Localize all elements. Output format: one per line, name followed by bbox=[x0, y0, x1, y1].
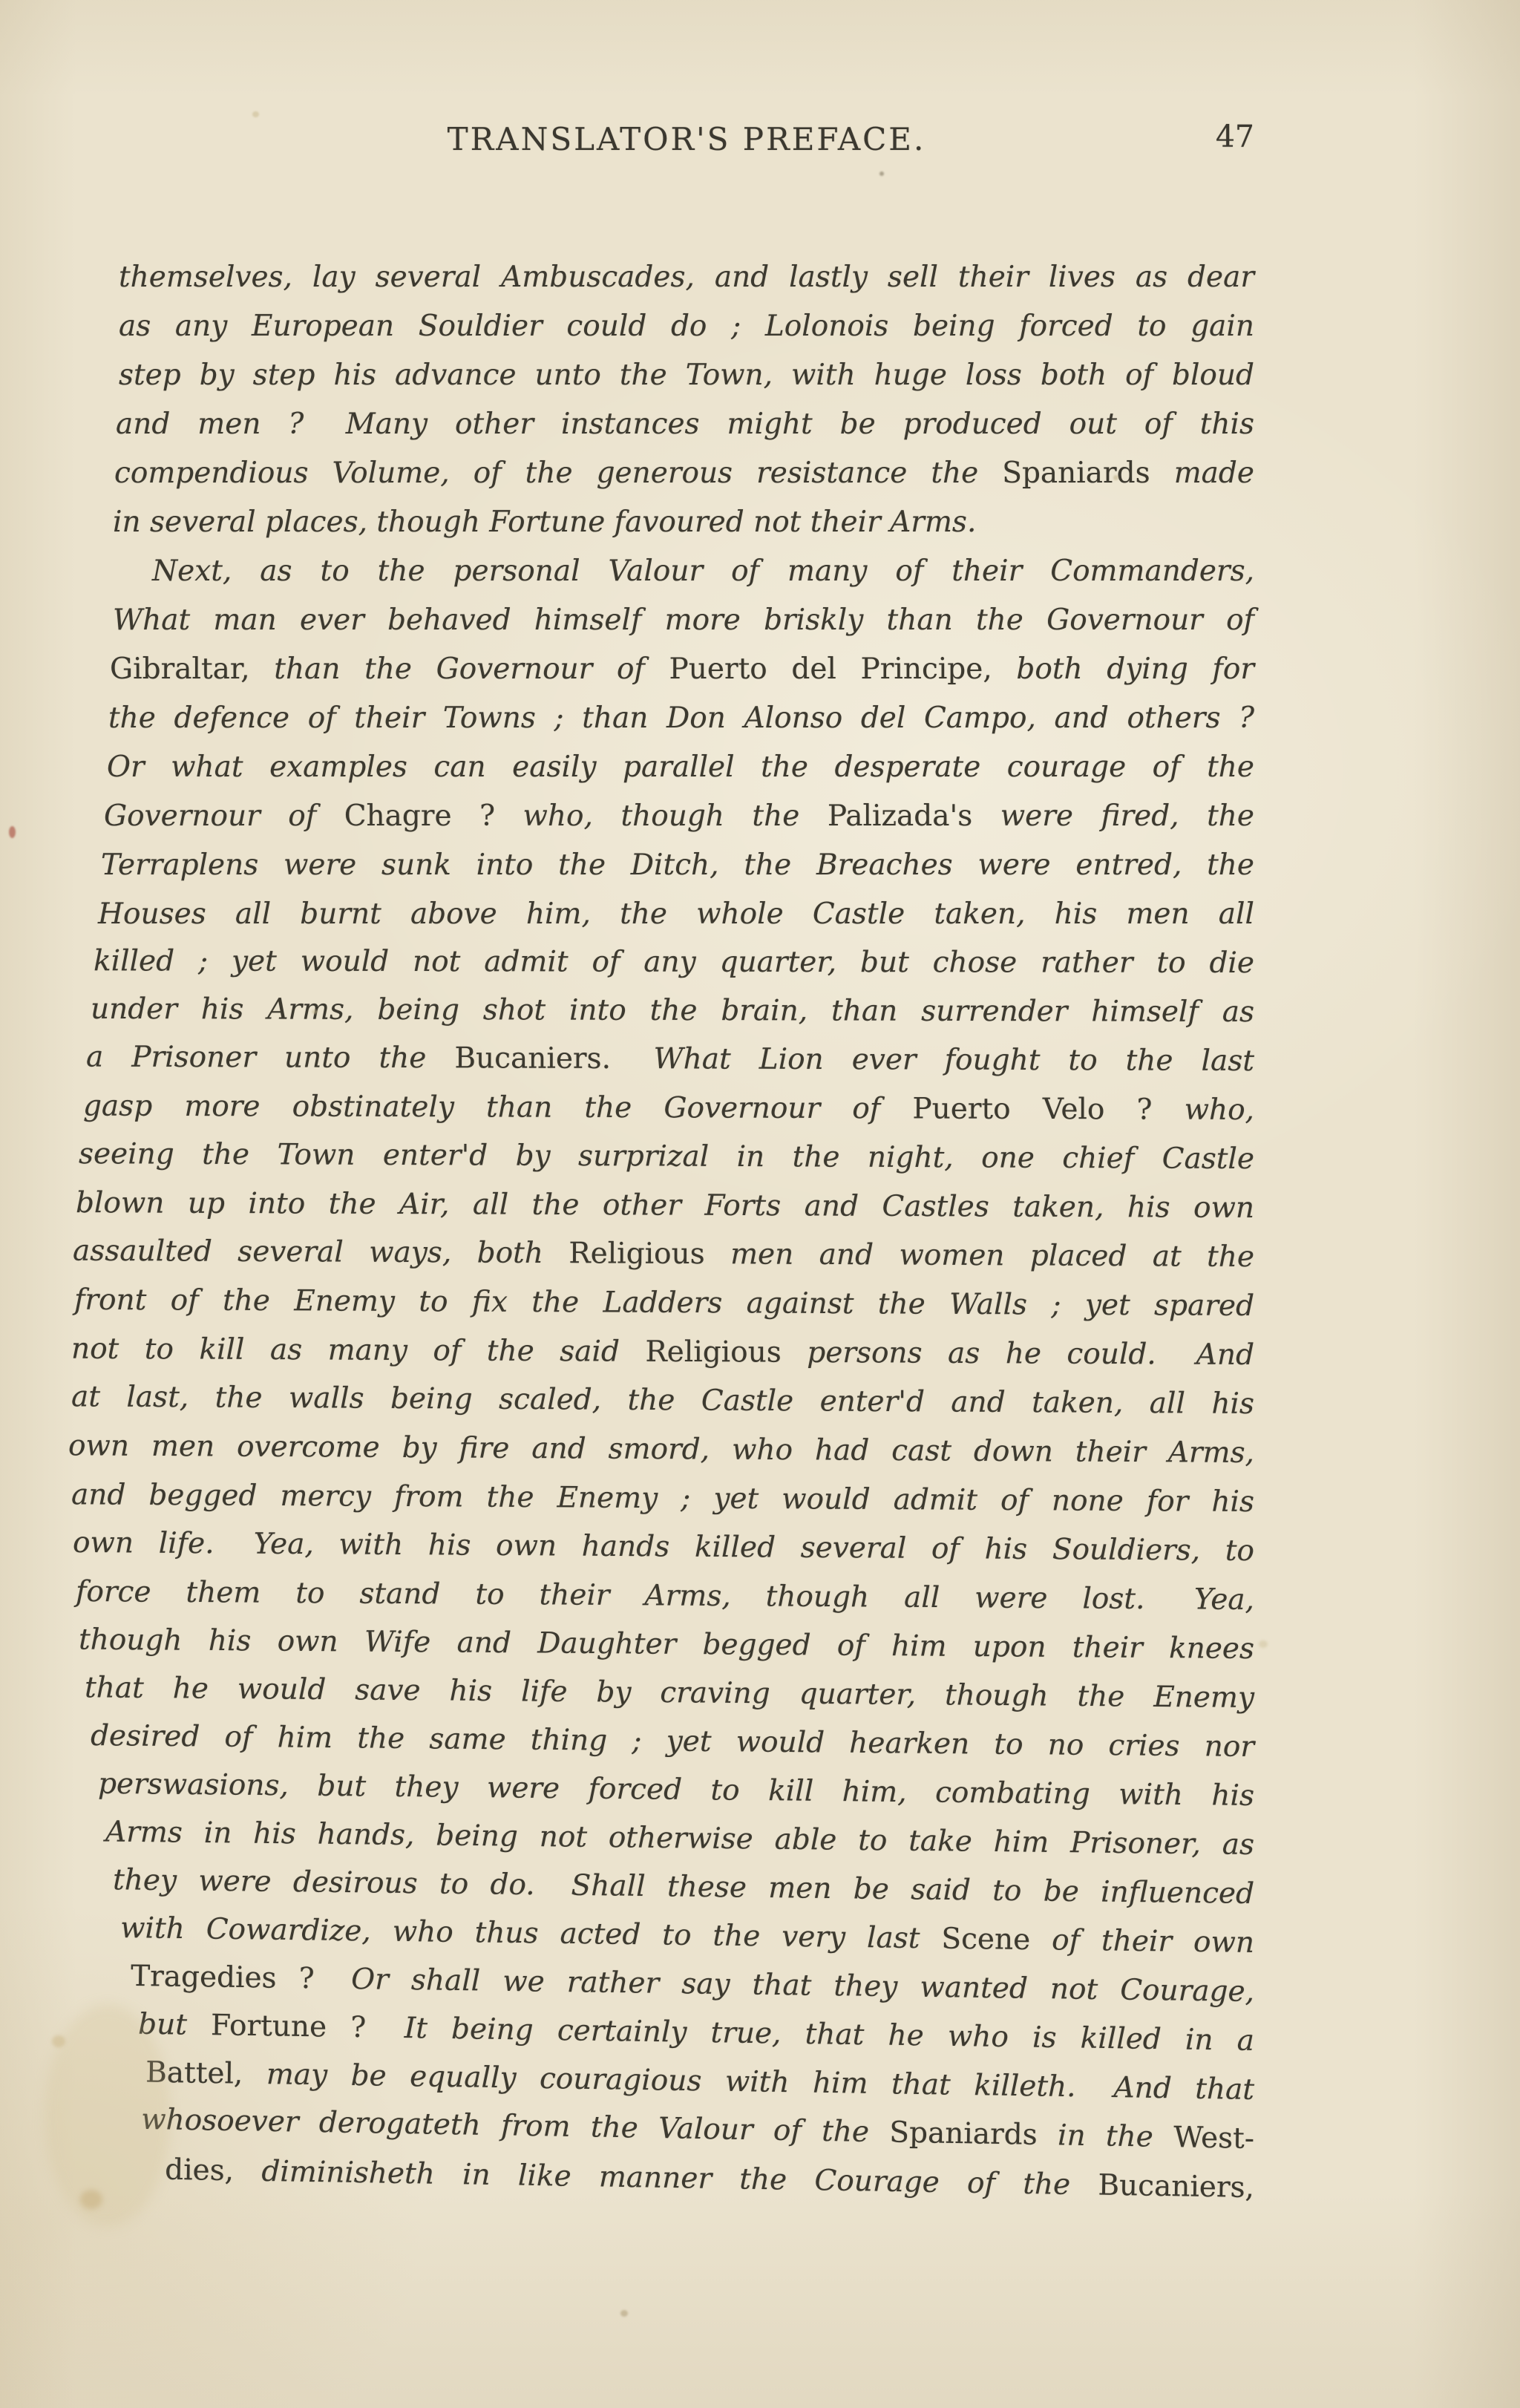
paper-stain bbox=[9, 826, 16, 838]
paper-stain bbox=[879, 171, 884, 176]
text-line-4: and men ? Many other instances might be … bbox=[116, 400, 1254, 449]
italic-text-segment: whosoever derogateth from the Valour of … bbox=[141, 2103, 890, 2150]
paper-stain bbox=[80, 2190, 102, 2209]
text-line-12: Governour of Chagre ? who, though the Pa… bbox=[104, 792, 1254, 841]
text-line-20: blown up into the Air, all the other For… bbox=[76, 1179, 1254, 1233]
roman-text-segment: Religious bbox=[645, 1335, 782, 1370]
text-line-10: the defence of their Towns ; than Don Al… bbox=[108, 694, 1254, 743]
text-line-6: in several places, though Fortune favour… bbox=[113, 498, 1254, 547]
roman-text-segment: Tragedies ? bbox=[131, 1960, 315, 1995]
italic-text-segment: persons as he could. And bbox=[782, 1336, 1254, 1372]
italic-text-segment: though his own Wife and Daughter begged … bbox=[79, 1623, 1254, 1666]
roman-text-segment: Puerto del Principe, bbox=[669, 652, 992, 686]
text-line-7: Next, as to the personal Valour of many … bbox=[152, 547, 1254, 596]
text-line-24: at last, the walls being scaled, the Cas… bbox=[71, 1373, 1254, 1429]
italic-text-segment: with Cowardize, who thus acted to the ve… bbox=[120, 1911, 942, 1955]
roman-text-segment: Spaniards bbox=[1002, 457, 1150, 490]
text-line-23: not to kill as many of the said Religiou… bbox=[71, 1325, 1254, 1380]
text-line-21: assaulted several ways, both Religious m… bbox=[73, 1227, 1254, 1282]
text-line-3: step by step his advance unto the Town, … bbox=[119, 351, 1254, 400]
italic-text-segment: as any European Souldier could do ; Lolo… bbox=[119, 310, 1254, 343]
italic-text-segment: What Lion ever fought to the last bbox=[611, 1042, 1254, 1078]
roman-text-segment: West- bbox=[1173, 2121, 1255, 2156]
italic-text-segment: own life. Yea, with his own hands killed… bbox=[73, 1526, 1254, 1568]
text-line-26: and begged mercy from the Enemy ; yet wo… bbox=[71, 1470, 1254, 1527]
roman-text-segment: Religious bbox=[569, 1237, 705, 1271]
italic-text-segment: made bbox=[1150, 457, 1254, 490]
book-page-scan: TRANSLATOR'S PREFACE. 47 themselves, lay… bbox=[0, 0, 1520, 2408]
italic-text-segment: who, though the bbox=[495, 799, 828, 833]
italic-text-segment: men and women placed at the bbox=[705, 1237, 1254, 1274]
italic-text-segment: step by step his advance unto the Town, … bbox=[119, 359, 1254, 392]
text-line-9: Gibraltar, than the Governour of Puerto … bbox=[110, 645, 1254, 694]
italic-text-segment: Arms in his hands, being not otherwise a… bbox=[105, 1815, 1254, 1862]
italic-text-segment: perswasions, but they were forced to kil… bbox=[98, 1767, 1254, 1813]
roman-text-segment: Scene bbox=[941, 1922, 1030, 1957]
italic-text-segment: Houses all burnt above him, the whole Ca… bbox=[98, 897, 1254, 931]
roman-text-segment: Bucaniers. bbox=[454, 1041, 611, 1076]
italic-text-segment: the defence of their Towns ; than Don Al… bbox=[108, 701, 1254, 735]
text-line-22: front of the Enemy to fix the Ladders ag… bbox=[74, 1276, 1254, 1331]
italic-text-segment: both dying for bbox=[992, 652, 1254, 686]
italic-text-segment: at last, the walls being scaled, the Cas… bbox=[71, 1380, 1254, 1421]
roman-text-segment: Fortune ? bbox=[211, 2009, 367, 2044]
italic-text-segment: compendious Volume, of the generous resi… bbox=[114, 457, 1002, 490]
italic-text-segment: Or shall we rather say that they wanted … bbox=[314, 1962, 1254, 2009]
text-line-1: themselves, lay several Ambuscades, and … bbox=[119, 253, 1254, 302]
text-line-14: Houses all burnt above him, the whole Ca… bbox=[98, 890, 1254, 939]
text-line-18: gasp more obstinately than the Governour… bbox=[83, 1082, 1254, 1135]
italic-text-segment: of their own bbox=[1030, 1923, 1254, 1960]
roman-text-segment: Gibraltar, bbox=[110, 652, 250, 686]
italic-text-segment: Or what examples can easily parallel the… bbox=[107, 750, 1254, 784]
text-line-11: Or what examples can easily parallel the… bbox=[107, 743, 1254, 792]
italic-text-segment: desired of him the same thing ; yet woul… bbox=[91, 1719, 1254, 1764]
italic-text-segment: gasp more obstinately than the Governour… bbox=[83, 1089, 913, 1125]
text-line-27: own life. Yea, with his own hands killed… bbox=[73, 1519, 1254, 1576]
italic-text-segment: killed ; yet would not admit of any quar… bbox=[94, 944, 1254, 980]
italic-text-segment: assaulted several ways, both bbox=[73, 1234, 569, 1270]
page-number: 47 bbox=[1216, 119, 1254, 154]
page-title: TRANSLATOR'S PREFACE. bbox=[119, 121, 1254, 157]
roman-text-segment: dies, bbox=[165, 2153, 235, 2188]
roman-text-segment: Chagre ? bbox=[344, 799, 495, 833]
paper-stain bbox=[620, 2310, 628, 2317]
italic-text-segment: and men ? Many other instances might be … bbox=[116, 408, 1254, 441]
page-text: themselves, lay several Ambuscades, and … bbox=[119, 253, 1254, 2213]
text-line-8: What man ever behaved himself more brisk… bbox=[113, 596, 1254, 645]
text-line-17: a Prisoner unto the Bucaniers. What Lion… bbox=[86, 1033, 1254, 1086]
text-line-2: as any European Souldier could do ; Lolo… bbox=[119, 302, 1254, 351]
italic-text-segment: Terraplens were sunk into the Ditch, the… bbox=[101, 848, 1254, 882]
italic-text-segment: in several places, though Fortune favour… bbox=[113, 506, 976, 539]
roman-text-segment: Spaniards bbox=[889, 2116, 1038, 2151]
paper-stain bbox=[52, 2035, 65, 2047]
italic-text-segment: who, bbox=[1152, 1093, 1254, 1127]
italic-text-segment: but bbox=[138, 2008, 212, 2042]
italic-text-segment: It being certainly true, that he who is … bbox=[366, 2011, 1254, 2058]
roman-text-segment: Puerto Velo ? bbox=[912, 1092, 1152, 1126]
italic-text-segment: themselves, lay several Ambuscades, and … bbox=[119, 261, 1254, 294]
italic-text-segment: What man ever behaved himself more brisk… bbox=[113, 603, 1254, 637]
italic-text-segment: they were desirous to do. Shall these me… bbox=[113, 1863, 1254, 1911]
italic-text-segment: Governour of bbox=[104, 799, 344, 833]
text-line-16: under his Arms, being shot into the brai… bbox=[91, 985, 1254, 1037]
running-header: TRANSLATOR'S PREFACE. 47 bbox=[119, 0, 1254, 166]
italic-text-segment: diminisheth in like manner the Courage o… bbox=[234, 2154, 1098, 2202]
italic-text-segment: force them to stand to their Arms, thoug… bbox=[76, 1575, 1254, 1617]
roman-text-segment: Bucaniers, bbox=[1098, 2169, 1254, 2205]
text-line-15: killed ; yet would not admit of any quar… bbox=[94, 937, 1254, 988]
paper-stain bbox=[1259, 1640, 1268, 1648]
italic-text-segment: blown up into the Air, all the other For… bbox=[76, 1186, 1254, 1225]
italic-text-segment: front of the Enemy to fix the Ladders ag… bbox=[74, 1283, 1254, 1323]
italic-text-segment: seeing the Town enter'd by surprizal in … bbox=[79, 1137, 1254, 1176]
italic-text-segment: own men overcome by fire and smord, who … bbox=[68, 1429, 1254, 1470]
italic-text-segment: were fired, the bbox=[972, 799, 1254, 833]
italic-text-segment: Next, as to the personal Valour of many … bbox=[152, 554, 1254, 588]
roman-text-segment: Battel, bbox=[145, 2056, 243, 2091]
text-line-19: seeing the Town enter'd by surprizal in … bbox=[79, 1130, 1254, 1184]
italic-text-segment: under his Arms, being shot into the brai… bbox=[91, 992, 1254, 1029]
italic-text-segment: a Prisoner unto the bbox=[86, 1041, 455, 1076]
text-line-25: own men overcome by fire and smord, who … bbox=[68, 1421, 1254, 1478]
italic-text-segment: not to kill as many of the said bbox=[71, 1332, 646, 1369]
italic-text-segment: than the Governour of bbox=[250, 652, 669, 686]
italic-text-segment: in the bbox=[1037, 2119, 1173, 2154]
text-line-13: Terraplens were sunk into the Ditch, the… bbox=[101, 841, 1254, 890]
italic-text-segment: that he would save his life by craving q… bbox=[85, 1671, 1254, 1715]
text-line-5: compendious Volume, of the generous resi… bbox=[114, 449, 1254, 498]
roman-text-segment: Palizada's bbox=[828, 799, 972, 833]
italic-text-segment: and begged mercy from the Enemy ; yet wo… bbox=[71, 1478, 1254, 1519]
